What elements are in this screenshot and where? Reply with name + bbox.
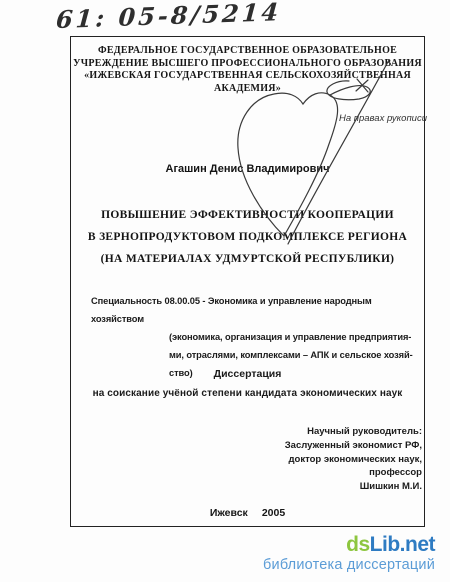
institution-line: «ИЖЕВСКАЯ ГОСУДАРСТВЕННАЯ СЕЛЬСКОХОЗЯЙСТ…	[71, 70, 424, 95]
dissertation-title: ПОВЫШЕНИЕ ЭФФЕКТИВНОСТИ КООПЕРАЦИИ В ЗЕР…	[71, 204, 424, 270]
handwritten-catalog-number: 61: 05-8/5214	[55, 0, 287, 34]
supervisor-line: Заслуженный экономист РФ,	[285, 439, 422, 453]
institution-block: ФЕДЕРАЛЬНОЕ ГОСУДАРСТВЕННОЕ ОБРАЗОВАТЕЛЬ…	[71, 45, 424, 95]
page-border-frame: ФЕДЕРАЛЬНОЕ ГОСУДАРСТВЕННОЕ ОБРАЗОВАТЕЛЬ…	[70, 36, 425, 527]
specialty-line: (экономика, организация и управление пре…	[169, 328, 424, 346]
supervisor-line: Научный руководитель:	[285, 425, 422, 439]
supervisor-line: доктор экономических наук,	[285, 453, 422, 467]
supervisor-line: профессор	[285, 466, 422, 480]
dissertation-label: Диссертация	[71, 368, 424, 380]
institution-line: ФЕДЕРАЛЬНОЕ ГОСУДАРСТВЕННОЕ ОБРАЗОВАТЕЛЬ…	[71, 45, 424, 58]
degree-line: на соискание учёной степени кандидата эк…	[71, 388, 424, 399]
city-year-line: Ижевск2005	[71, 507, 424, 519]
dslib-logo-ds[interactable]: ds	[346, 533, 370, 556]
manuscript-rights-note: На правах рукописи	[339, 113, 427, 124]
year: 2005	[262, 507, 285, 519]
dslib-logo[interactable]: dsLib.net	[263, 534, 435, 555]
dslib-watermark[interactable]: dsLib.net библиотека диссертаций	[263, 534, 435, 573]
city: Ижевск	[210, 507, 248, 519]
supervisor-block: Научный руководитель: Заслуженный эконом…	[285, 425, 422, 494]
author-name: Агашин Денис Владимирович	[71, 163, 424, 175]
dslib-logo-libnet[interactable]: Lib.net	[370, 533, 435, 556]
scanned-title-page: 61: 05-8/5214 ФЕДЕРАЛЬНОЕ ГОСУДАРСТВЕННО…	[0, 0, 450, 582]
supervisor-line: Шишкин М.И.	[285, 480, 422, 494]
institution-line: УЧРЕЖДЕНИЕ ВЫСШЕГО ПРОФЕССИОНАЛЬНОГО ОБР…	[71, 58, 424, 71]
specialty-line: ми, отраслями, комплексами – АПК и сельс…	[169, 346, 424, 364]
dslib-tagline: библиотека диссертаций	[263, 558, 435, 573]
specialty-line: Специальность 08.00.05 - Экономика и упр…	[91, 292, 424, 328]
title-line: (НА МАТЕРИАЛАХ УДМУРТСКОЙ РЕСПУБЛИКИ)	[71, 248, 424, 270]
title-line: ПОВЫШЕНИЕ ЭФФЕКТИВНОСТИ КООПЕРАЦИИ	[71, 204, 424, 226]
title-line: В ЗЕРНОПРОДУКТОВОМ ПОДКОМПЛЕКСЕ РЕГИОНА	[71, 226, 424, 248]
